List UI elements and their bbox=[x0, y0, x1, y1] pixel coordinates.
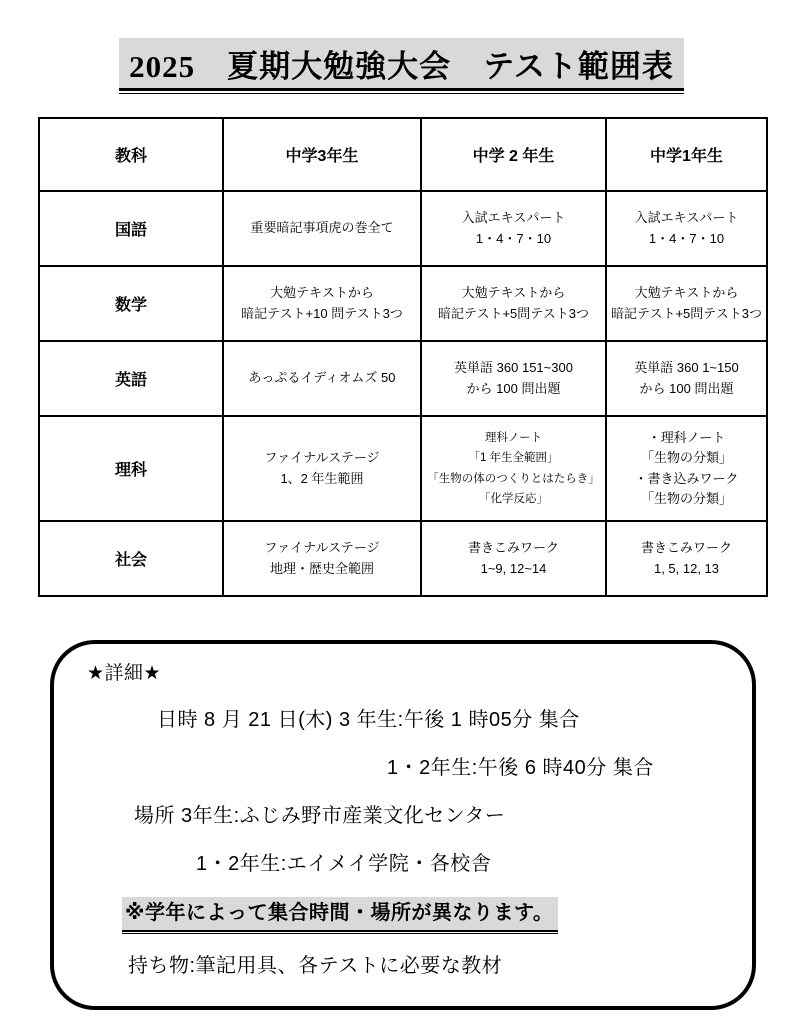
page-title: 2025 夏期大勉強大会 テスト範囲表 bbox=[119, 38, 684, 91]
header-subject: 教科 bbox=[39, 118, 223, 191]
grade3-cell: あっぷるイディオムズ 50 bbox=[223, 341, 421, 416]
grade3-cell: 大勉テキストから 暗記テスト+10 問テスト3つ bbox=[223, 266, 421, 341]
grade1-cell: 書きこみワーク 1, 5, 12, 13 bbox=[606, 521, 767, 596]
table-row-sugaku: 数学 大勉テキストから 暗記テスト+10 問テスト3つ 大勉テキストから 暗記テ… bbox=[39, 266, 767, 341]
details-notice-line: ※学年によって集合時間・場所が異なります。 bbox=[54, 897, 732, 934]
details-place-line2: 1・2年生:エイメイ学院・各校舎 bbox=[54, 849, 732, 880]
subject-cell: 国語 bbox=[39, 191, 223, 266]
grade1-cell: 英単語 360 1~150 から 100 問出題 bbox=[606, 341, 767, 416]
grade2-cell: 英単語 360 151~300 から 100 問出題 bbox=[421, 341, 606, 416]
details-datetime-line2: 1・2年生:午後 6 時40分 集合 bbox=[54, 753, 732, 784]
table-header-row: 教科 中学3年生 中学 2 年生 中学1年生 bbox=[39, 118, 767, 191]
header-grade2: 中学 2 年生 bbox=[421, 118, 606, 191]
grade3-cell: ファイナルステージ 1、2 年生範囲 bbox=[223, 416, 421, 521]
details-header: ★詳細★ bbox=[54, 660, 732, 688]
table-row-eigo: 英語 あっぷるイディオムズ 50 英単語 360 151~300 から 100 … bbox=[39, 341, 767, 416]
details-box: ★詳細★ 日時 8 月 21 日(木) 3 年生:午後 1 時05分 集合 1・… bbox=[50, 640, 756, 1010]
notice-highlight: ※学年によって集合時間・場所が異なります。 bbox=[122, 897, 558, 932]
grade2-cell: 理科ノート 「1 年生全範囲」 「生物の体のつくりとはたらき」 「化学反応」 bbox=[421, 416, 606, 521]
table-row-rika: 理科 ファイナルステージ 1、2 年生範囲 理科ノート 「1 年生全範囲」 「生… bbox=[39, 416, 767, 521]
grade2-cell: 入試エキスパート 1・4・7・10 bbox=[421, 191, 606, 266]
subject-cell: 英語 bbox=[39, 341, 223, 416]
details-items-line: 持ち物:筆記用具、各テストに必要な教材 bbox=[54, 951, 732, 982]
subject-cell: 理科 bbox=[39, 416, 223, 521]
notice-underline: ※学年によって集合時間・場所が異なります。 bbox=[122, 897, 558, 934]
grade1-cell: 入試エキスパート 1・4・7・10 bbox=[606, 191, 767, 266]
header-grade1: 中学1年生 bbox=[606, 118, 767, 191]
details-place-line: 場所 3年生:ふじみ野市産業文化センター bbox=[54, 801, 732, 832]
page-title-underline: 2025 夏期大勉強大会 テスト範囲表 bbox=[119, 38, 684, 94]
grade2-cell: 書きこみワーク 1~9, 12~14 bbox=[421, 521, 606, 596]
table-row-kokugo: 国語 重要暗記事項虎の巻全て 入試エキスパート 1・4・7・10 入試エキスパー… bbox=[39, 191, 767, 266]
subject-cell: 社会 bbox=[39, 521, 223, 596]
grade2-cell: 大勉テキストから 暗記テスト+5問テスト3つ bbox=[421, 266, 606, 341]
grade3-cell: 重要暗記事項虎の巻全て bbox=[223, 191, 421, 266]
grade1-cell: ・理科ノート 「生物の分類」 ・書き込みワーク 「生物の分類」 bbox=[606, 416, 767, 521]
test-range-table: 教科 中学3年生 中学 2 年生 中学1年生 国語 重要暗記事項虎の巻全て 入試… bbox=[38, 117, 768, 597]
subject-cell: 数学 bbox=[39, 266, 223, 341]
grade1-cell: 大勉テキストから 暗記テスト+5問テスト3つ bbox=[606, 266, 767, 341]
table-row-shakai: 社会 ファイナルステージ 地理・歴史全範囲 書きこみワーク 1~9, 12~14… bbox=[39, 521, 767, 596]
grade3-cell: ファイナルステージ 地理・歴史全範囲 bbox=[223, 521, 421, 596]
header-grade3: 中学3年生 bbox=[223, 118, 421, 191]
details-datetime-line: 日時 8 月 21 日(木) 3 年生:午後 1 時05分 集合 bbox=[54, 705, 732, 736]
